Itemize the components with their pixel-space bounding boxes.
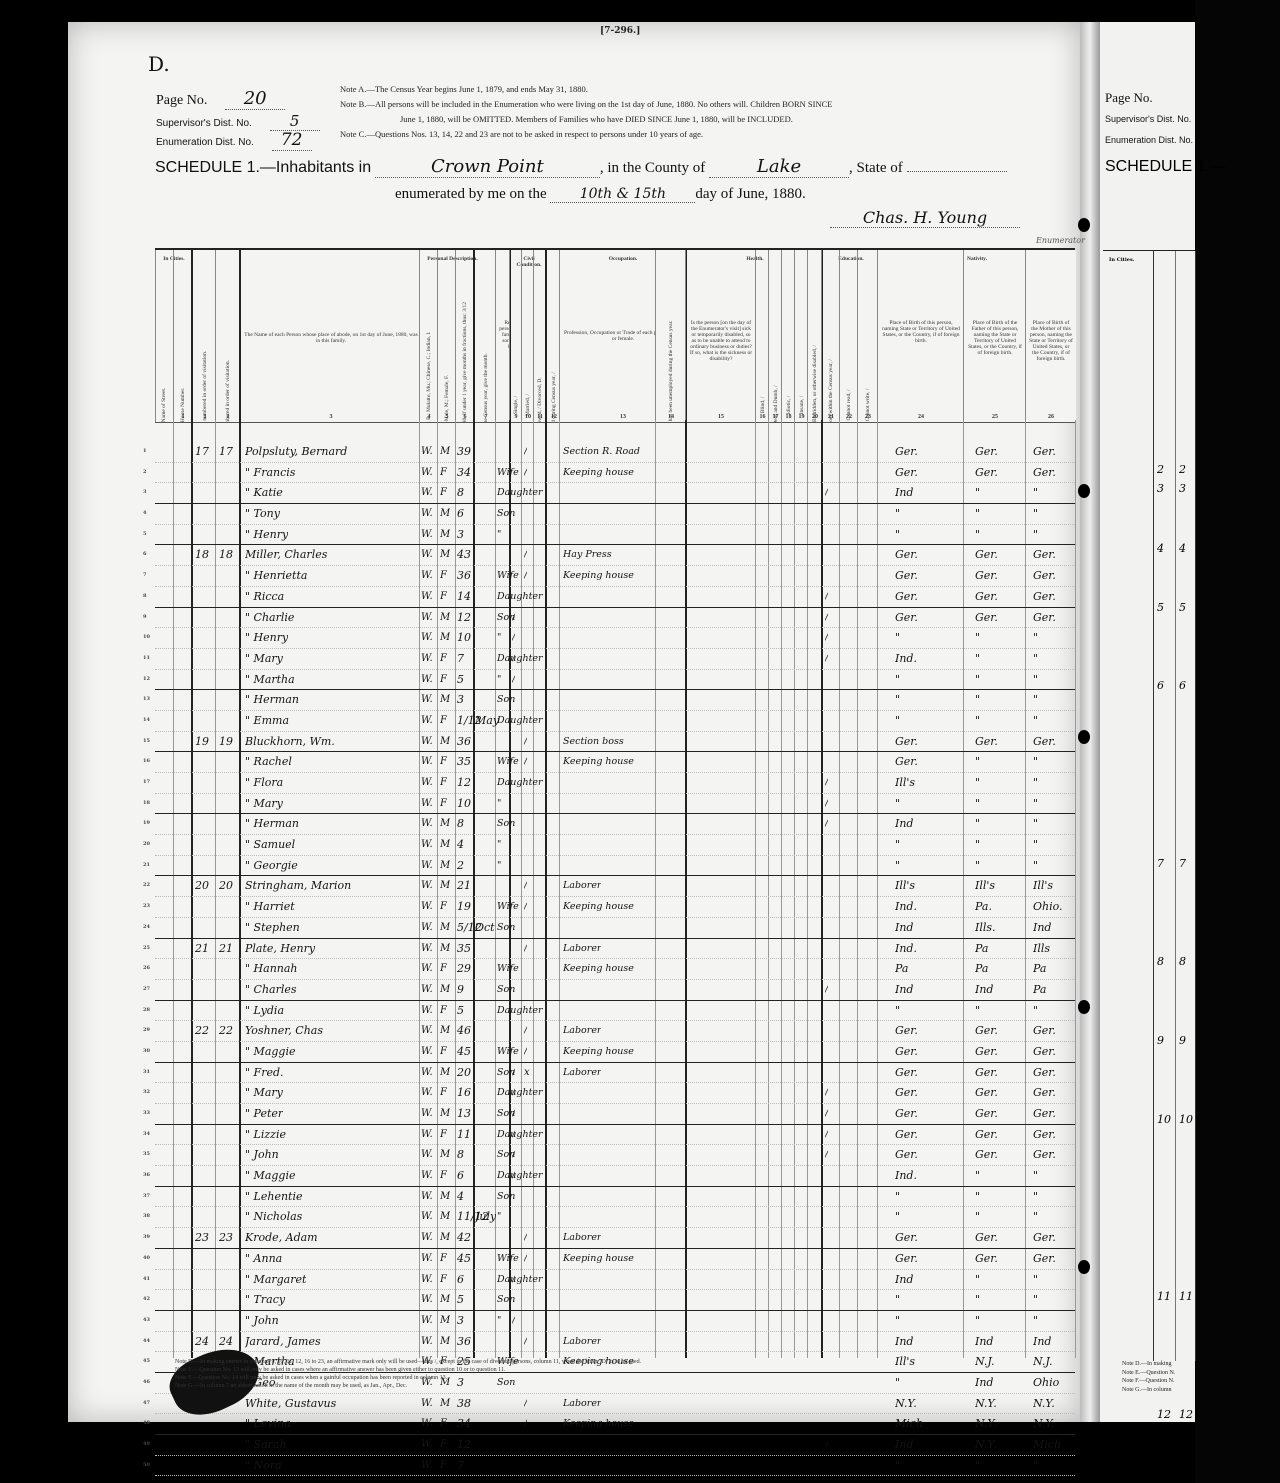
color-value: W.	[421, 918, 433, 938]
mother-birthplace-value: Ger.	[1033, 732, 1056, 752]
sex-value: M	[440, 939, 450, 959]
age-value: 29	[457, 959, 471, 979]
relationship-value: Daughter	[497, 711, 543, 731]
age-value: 2	[457, 856, 464, 876]
table-row: 40" AnnaW.F45Wife/Keeping houseGer.Ger.G…	[155, 1249, 1075, 1270]
married-mark: /	[524, 463, 527, 483]
occupation-value: Keeping house	[563, 1414, 634, 1434]
sex-value: F	[440, 1083, 447, 1103]
birthplace-value: Ger.	[895, 1063, 918, 1083]
age-value: 20	[457, 1063, 471, 1083]
dwelling-number: 18	[195, 545, 209, 565]
facing-family-number: 10	[1179, 1113, 1193, 1126]
color-value: W.	[421, 1290, 433, 1310]
row-number: 42	[143, 1290, 150, 1310]
table-row: 23" HarrietW.F19Wife/Keeping houseInd.Pa…	[155, 897, 1075, 918]
row-number: 46	[143, 1373, 150, 1393]
table-row: 2" FrancisW.F34Wife/Keeping houseGer.Ger…	[155, 463, 1075, 484]
facing-family-number: 7	[1179, 857, 1186, 870]
sex-value: M	[440, 1104, 450, 1124]
row-number: 9	[143, 608, 146, 628]
birthplace-value: Ger.	[895, 1228, 918, 1248]
row-number: 1	[143, 442, 146, 462]
person-name: " Henrietta	[245, 566, 307, 586]
age-value: 8	[457, 483, 464, 503]
father-birthplace-value: Ger.	[975, 1145, 998, 1165]
enumerated-days: 10th & 15th	[550, 186, 695, 203]
row-number: 11	[143, 649, 150, 669]
color-value: W.	[421, 1063, 433, 1083]
age-value: 9	[457, 980, 464, 1000]
row-number: 40	[143, 1249, 150, 1269]
school-mark: /	[825, 649, 828, 669]
header-school: Attended school within the Census year, …	[821, 250, 840, 422]
row-number: 37	[143, 1187, 150, 1207]
table-row: 252121Plate, HenryW.M35/LaborerInd.PaIll…	[155, 939, 1075, 960]
color-value: W.	[421, 1311, 433, 1331]
relationship-value: Daughter	[497, 1166, 543, 1186]
relationship-value: Son	[497, 504, 515, 524]
age-value: 35	[457, 939, 471, 959]
facing-footnotes: Note D.—In making Note E.—Question N. No…	[1122, 1360, 1175, 1394]
table-row: 16" RachelW.F35Wife/Keeping houseGer.""	[155, 752, 1075, 773]
father-birthplace-value: "	[975, 525, 980, 545]
age-value: 6	[457, 1270, 464, 1290]
age-value: 39	[457, 442, 471, 462]
form-number: [7-296.]	[600, 26, 640, 36]
sex-value: F	[440, 670, 447, 690]
table-row: 4711White, GustavusW.M38/LaborerN.Y.N.Y.…	[155, 1394, 1075, 1415]
occupation-value: Laborer	[563, 939, 601, 959]
sex-value: M	[440, 504, 450, 524]
table-row: 28" LydiaW.F5Daughter"""	[155, 1001, 1075, 1022]
table-row: 392323Krode, AdamW.M42/LaborerGer.Ger.Ge…	[155, 1228, 1075, 1249]
note-c: Note C.—Questions Nos. 13, 14, 22 and 23…	[340, 127, 1070, 142]
facing-note-g: Note G.—In column	[1122, 1386, 1175, 1395]
age-value: 7	[457, 649, 464, 669]
mother-birthplace-value: "	[1033, 670, 1038, 690]
father-birthplace-value: N.Y.	[975, 1435, 997, 1455]
relationship-value: Daughter	[497, 587, 543, 607]
occupation-value: Laborer	[563, 1228, 601, 1248]
facing-note-d: Note D.—In making	[1122, 1360, 1175, 1369]
sex-value: F	[440, 1249, 447, 1269]
mother-birthplace-value: Ohio	[1033, 1373, 1059, 1393]
age-value: 19	[457, 897, 471, 917]
person-name: " Emma	[245, 711, 289, 731]
sex-value: M	[440, 545, 450, 565]
family-number: 20	[219, 876, 233, 896]
father-birthplace-value: Ger.	[975, 1083, 998, 1103]
row-number: 15	[143, 732, 150, 752]
table-row: 11" MaryW.F7Daughter//Ind.""	[155, 649, 1075, 670]
color-value: W.	[421, 1249, 433, 1269]
age-value: 12	[457, 773, 471, 793]
birthplace-value: Ger.	[895, 1125, 918, 1145]
father-birthplace-value: "	[975, 1311, 980, 1331]
person-name: Miller, Charles	[245, 545, 327, 565]
sex-value: M	[440, 1311, 450, 1331]
birthplace-value: "	[895, 1207, 900, 1227]
header-overlay: Civil Condition. Single, /9 Married, /10…	[155, 250, 1075, 420]
relationship-value: Wife	[497, 1042, 519, 1062]
header-maimed: Maimed, Crippled, Bedridden, or otherwis…	[807, 250, 822, 422]
color-value: W.	[421, 1414, 433, 1434]
row-number: 21	[143, 856, 150, 876]
father-birthplace-value: Ger.	[975, 463, 998, 483]
sex-value: F	[440, 649, 447, 669]
color-value: W.	[421, 483, 433, 503]
person-name: " Maggie	[245, 1166, 296, 1186]
color-value: W.	[421, 670, 433, 690]
father-birthplace-value: "	[975, 1456, 980, 1476]
mother-birthplace-value: Ohio.	[1033, 897, 1063, 917]
table-row: 35" JohnW.M8Son//Ger.Ger.Ger.	[155, 1145, 1075, 1166]
single-mark: /	[512, 1166, 515, 1186]
row-number: 45	[143, 1352, 150, 1372]
birthplace-value: Ind	[895, 814, 913, 834]
person-name: Bluckhorn, Wm.	[245, 732, 335, 752]
header-insane: Insane, /19	[794, 250, 808, 422]
sex-value: F	[440, 773, 447, 793]
header-deaf: Deaf and Dumb, /17	[768, 250, 782, 422]
sex-value: F	[440, 1456, 447, 1476]
row-number: 25	[143, 939, 150, 959]
dwelling-number: 17	[195, 442, 209, 462]
birthplace-value: Ind	[895, 1270, 913, 1290]
table-row: 21" GeorgieW.M2""""	[155, 856, 1075, 877]
birthplace-value: Ger.	[895, 1021, 918, 1041]
relationship-value: Wife	[497, 752, 519, 772]
mother-birthplace-value: "	[1033, 773, 1038, 793]
person-name: Stringham, Marion	[245, 876, 351, 896]
occupation-value: Laborer	[563, 876, 601, 896]
table-row: 12" MarthaW.F5"/"""	[155, 670, 1075, 691]
person-name: " Henry	[245, 628, 288, 648]
birthplace-value: Ill's	[895, 1352, 915, 1372]
binding-hole-icon	[1078, 1260, 1090, 1274]
married-mark: /	[524, 1228, 527, 1248]
facing-dwelling-number: 4	[1157, 542, 1164, 555]
row-number: 14	[143, 711, 150, 731]
age-value: 5	[457, 1290, 464, 1310]
sex-value: M	[440, 1332, 450, 1352]
facing-family-number: 3	[1179, 482, 1186, 495]
color-value: W.	[421, 959, 433, 979]
relationship-value: "	[497, 670, 501, 690]
header-father-birthplace: Place of Birth of the Father of this per…	[963, 250, 1026, 422]
birthplace-value: "	[895, 1456, 900, 1476]
occupation-value: Keeping house	[563, 897, 634, 917]
color-value: W.	[421, 525, 433, 545]
sex-value: M	[440, 835, 450, 855]
color-value: W.	[421, 1042, 433, 1062]
birthplace-value: "	[895, 525, 900, 545]
facing-dwelling-number: 2	[1157, 463, 1164, 476]
color-value: W.	[421, 856, 433, 876]
mother-birthplace-value: "	[1033, 1270, 1038, 1290]
dwelling-number: 21	[195, 939, 209, 959]
person-name: " Mary	[245, 794, 283, 814]
table-row: 36" MaggieW.F6Daughter/Ind.""	[155, 1166, 1075, 1187]
mother-birthplace-value: "	[1033, 1456, 1038, 1476]
sex-value: M	[440, 525, 450, 545]
birthplace-value: Ger.	[895, 732, 918, 752]
sex-value: M	[440, 1394, 450, 1414]
father-birthplace-value: Ger.	[975, 732, 998, 752]
person-name: " Lehentie	[245, 1187, 303, 1207]
person-name: " Nicholas	[245, 1207, 302, 1227]
table-row: 7" HenriettaW.F36Wife/Keeping houseGer.G…	[155, 566, 1075, 587]
enumeration-value: 72	[272, 130, 312, 151]
father-birthplace-value: Ger.	[975, 1104, 998, 1124]
row-number: 10	[143, 628, 150, 648]
age-value: 6	[457, 504, 464, 524]
mother-birthplace-value: Ger.	[1033, 463, 1056, 483]
color-value: W.	[421, 1145, 433, 1165]
facing-dwelling-number: 12	[1157, 1408, 1171, 1421]
mother-birthplace-value: "	[1033, 711, 1038, 731]
birthplace-value: Ind	[895, 980, 913, 1000]
married-mark: /	[524, 732, 527, 752]
facing-family-number: 6	[1179, 679, 1186, 692]
place-value: Crown Point	[375, 156, 600, 178]
row-number: 30	[143, 1042, 150, 1062]
sex-value: M	[440, 1021, 450, 1041]
family-number: 23	[219, 1228, 233, 1248]
birthplace-value: Pa	[895, 959, 908, 979]
color-value: W.	[421, 1104, 433, 1124]
row-number: 28	[143, 1001, 150, 1021]
color-value: W.	[421, 732, 433, 752]
person-name: " Herman	[245, 690, 299, 710]
row-number: 18	[143, 794, 150, 814]
color-value: W.	[421, 1207, 433, 1227]
header-sickness: Is the person [on the day of the Enumera…	[685, 250, 756, 422]
person-name: Yoshner, Chas	[245, 1021, 323, 1041]
color-value: W.	[421, 545, 433, 565]
birth-month-value: May	[475, 711, 499, 731]
color-value: W.	[421, 442, 433, 462]
scan-background	[1195, 0, 1280, 1483]
birthplace-value: Ind.	[895, 939, 917, 959]
header-cannot-write: Cannot write, /23	[857, 250, 878, 422]
birthplace-value: "	[895, 504, 900, 524]
facing-dwelling-number: 9	[1157, 1034, 1164, 1047]
person-name: " Katie	[245, 483, 283, 503]
facing-family-number: 2	[1179, 463, 1186, 476]
color-value: W.	[421, 504, 433, 524]
page-no-value: 20	[225, 88, 285, 110]
sex-value: F	[440, 1125, 447, 1145]
table-row: 30" MaggieW.F45Wife/Keeping houseGer.Ger…	[155, 1042, 1075, 1063]
relationship-value: Wife	[497, 566, 519, 586]
father-birthplace-value: Ger.	[975, 608, 998, 628]
dwelling-number: 22	[195, 1021, 209, 1041]
color-value: W.	[421, 1001, 433, 1021]
relationship-value: Son	[497, 918, 515, 938]
color-value: W.	[421, 1125, 433, 1145]
facing-family-number: 9	[1179, 1034, 1186, 1047]
table-row: 13" HermanW.M3Son"""	[155, 690, 1075, 711]
married-mark: /	[524, 1042, 527, 1062]
age-value: 3	[457, 1311, 464, 1331]
header-blind: Blind, /16	[755, 250, 769, 422]
facing-dwelling-number: 10	[1157, 1113, 1171, 1126]
color-value: W.	[421, 608, 433, 628]
facing-family-number: 12	[1179, 1408, 1193, 1421]
mother-birthplace-value: Ger.	[1033, 566, 1056, 586]
person-name: " Mary	[245, 1083, 283, 1103]
father-birthplace-value: Ger.	[975, 442, 998, 462]
school-mark: /	[825, 814, 828, 834]
birthplace-value: Ind	[895, 918, 913, 938]
color-value: W.	[421, 1166, 433, 1186]
mother-birthplace-value: "	[1033, 1311, 1038, 1331]
facing-dwelling-number: 3	[1157, 482, 1164, 495]
facing-in-cities: In Cities.	[1109, 257, 1135, 263]
color-value: W.	[421, 980, 433, 1000]
birthplace-value: "	[895, 1373, 900, 1393]
color-value: W.	[421, 1083, 433, 1103]
table-row: 38" NicholasW.M11/12July""""	[155, 1207, 1075, 1228]
facing-dwelling-number: 8	[1157, 955, 1164, 968]
family-number: 22	[219, 1021, 233, 1041]
facing-dwelling-number: 6	[1157, 679, 1164, 692]
birthplace-value: "	[895, 1001, 900, 1021]
school-mark: /	[825, 1435, 828, 1455]
age-value: 5	[457, 1001, 464, 1021]
facing-family-number: 4	[1179, 542, 1186, 555]
relationship-value: "	[497, 835, 501, 855]
binding-hole-icon	[1078, 1000, 1090, 1014]
father-birthplace-value: Ger.	[975, 1228, 998, 1248]
father-birthplace-value: "	[975, 690, 980, 710]
married-mark: /	[524, 939, 527, 959]
school-mark: /	[825, 628, 828, 648]
family-number: 19	[219, 732, 233, 752]
facing-note-f: Note F.—Question N.	[1122, 1377, 1175, 1386]
relationship-value: Daughter	[497, 483, 543, 503]
married-mark: /	[524, 1021, 527, 1041]
father-birthplace-value: "	[975, 1187, 980, 1207]
sex-value: F	[440, 463, 447, 483]
row-number: 3	[143, 483, 146, 503]
note-d: Note D.—In making entries in columns 9, …	[175, 1358, 641, 1366]
mother-birthplace-value: Ind	[1033, 1332, 1051, 1352]
binding-hole-icon	[1078, 218, 1090, 232]
mother-birthplace-value: Ger.	[1033, 1083, 1056, 1103]
person-name: " Flora	[245, 773, 283, 793]
age-value: 4	[457, 835, 464, 855]
table-row: 32" MaryW.F16Daughter//Ger.Ger.Ger.	[155, 1083, 1075, 1104]
mother-birthplace-value: Ill's	[1033, 876, 1053, 896]
mother-birthplace-value: Ger.	[1033, 1228, 1056, 1248]
age-value: 36	[457, 566, 471, 586]
mother-birthplace-value: N.Y.	[1033, 1414, 1055, 1434]
mother-birthplace-value: N.J.	[1033, 1352, 1052, 1372]
table-row: 42" TracyW.M5Son"""	[155, 1290, 1075, 1311]
table-row: 37" LehentieW.M4Son"""	[155, 1187, 1075, 1208]
age-value: 11	[457, 1125, 471, 1145]
row-number: 27	[143, 980, 150, 1000]
birthplace-value: Ger.	[895, 752, 918, 772]
row-number: 17	[143, 773, 150, 793]
sex-value: M	[440, 856, 450, 876]
sex-value: M	[440, 608, 450, 628]
person-name: " Samuel	[245, 835, 295, 855]
sex-value: F	[440, 1042, 447, 1062]
birthplace-value: Ind	[895, 483, 913, 503]
mother-birthplace-value: "	[1033, 525, 1038, 545]
row-number: 2	[143, 463, 146, 483]
relationship-value: Daughter	[497, 649, 543, 669]
color-value: W.	[421, 566, 433, 586]
facing-family-number: 11	[1179, 1290, 1193, 1303]
birthplace-value: Mich	[895, 1414, 923, 1434]
sex-value: M	[440, 732, 450, 752]
birth-month-value: Oct	[475, 918, 495, 938]
father-birthplace-value: Ger.	[975, 566, 998, 586]
color-value: W.	[421, 1332, 433, 1352]
row-number: 16	[143, 752, 150, 772]
relationship-value: Son	[497, 1290, 515, 1310]
facing-enumeration-label: Enumeration Dist. No.	[1105, 135, 1193, 145]
header-cannot-read: Cannot read, /22	[839, 250, 858, 422]
married-mark: /	[524, 1394, 527, 1414]
relationship-value: "	[497, 1207, 501, 1227]
relationship-value: Wife	[497, 1249, 519, 1269]
color-value: W.	[421, 649, 433, 669]
sex-value: F	[440, 897, 447, 917]
mother-birthplace-value: "	[1033, 1187, 1038, 1207]
father-birthplace-value: "	[975, 483, 980, 503]
father-birthplace-value: "	[975, 1001, 980, 1021]
mother-birthplace-value: "	[1033, 1207, 1038, 1227]
sex-value: M	[440, 690, 450, 710]
dwelling-number: 23	[195, 1228, 209, 1248]
schedule-line: SCHEDULE 1.—Inhabitants in Crown Point, …	[155, 156, 1007, 178]
sex-value: M	[440, 442, 450, 462]
single-mark: /	[512, 1104, 515, 1124]
mother-birthplace-value: "	[1033, 794, 1038, 814]
age-value: 34	[457, 463, 471, 483]
header-idiotic: Idiotic, /18	[781, 250, 795, 422]
birthplace-value: Ill's	[895, 773, 915, 793]
person-name: " Herman	[245, 814, 299, 834]
age-value: 13	[457, 1104, 471, 1124]
birthplace-value: Ind	[895, 1332, 913, 1352]
father-birthplace-value: Pa	[975, 959, 988, 979]
row-number: 23	[143, 897, 150, 917]
row-number: 24	[143, 918, 150, 938]
age-value: 12	[457, 1435, 471, 1455]
father-birthplace-value: Ger.	[975, 545, 998, 565]
mother-birthplace-value: Pa	[1033, 980, 1046, 1000]
school-mark: /	[825, 587, 828, 607]
birthplace-value: Ger.	[895, 545, 918, 565]
enumerator-signature: Chas. H. Young	[830, 208, 1020, 228]
mother-birthplace-value: "	[1033, 628, 1038, 648]
facing-schedule-title: SCHEDULE 1.—	[1105, 158, 1226, 176]
section-letter: D.	[148, 52, 170, 76]
supervisor-label: Supervisor's Dist. No.	[156, 118, 252, 129]
row-number: 32	[143, 1083, 150, 1103]
table-row: 11717Polpsluty, BernardW.M39/Section R. …	[155, 442, 1075, 463]
family-number: 21	[219, 939, 233, 959]
age-value: 36	[457, 732, 471, 752]
married-mark: /	[524, 1249, 527, 1269]
